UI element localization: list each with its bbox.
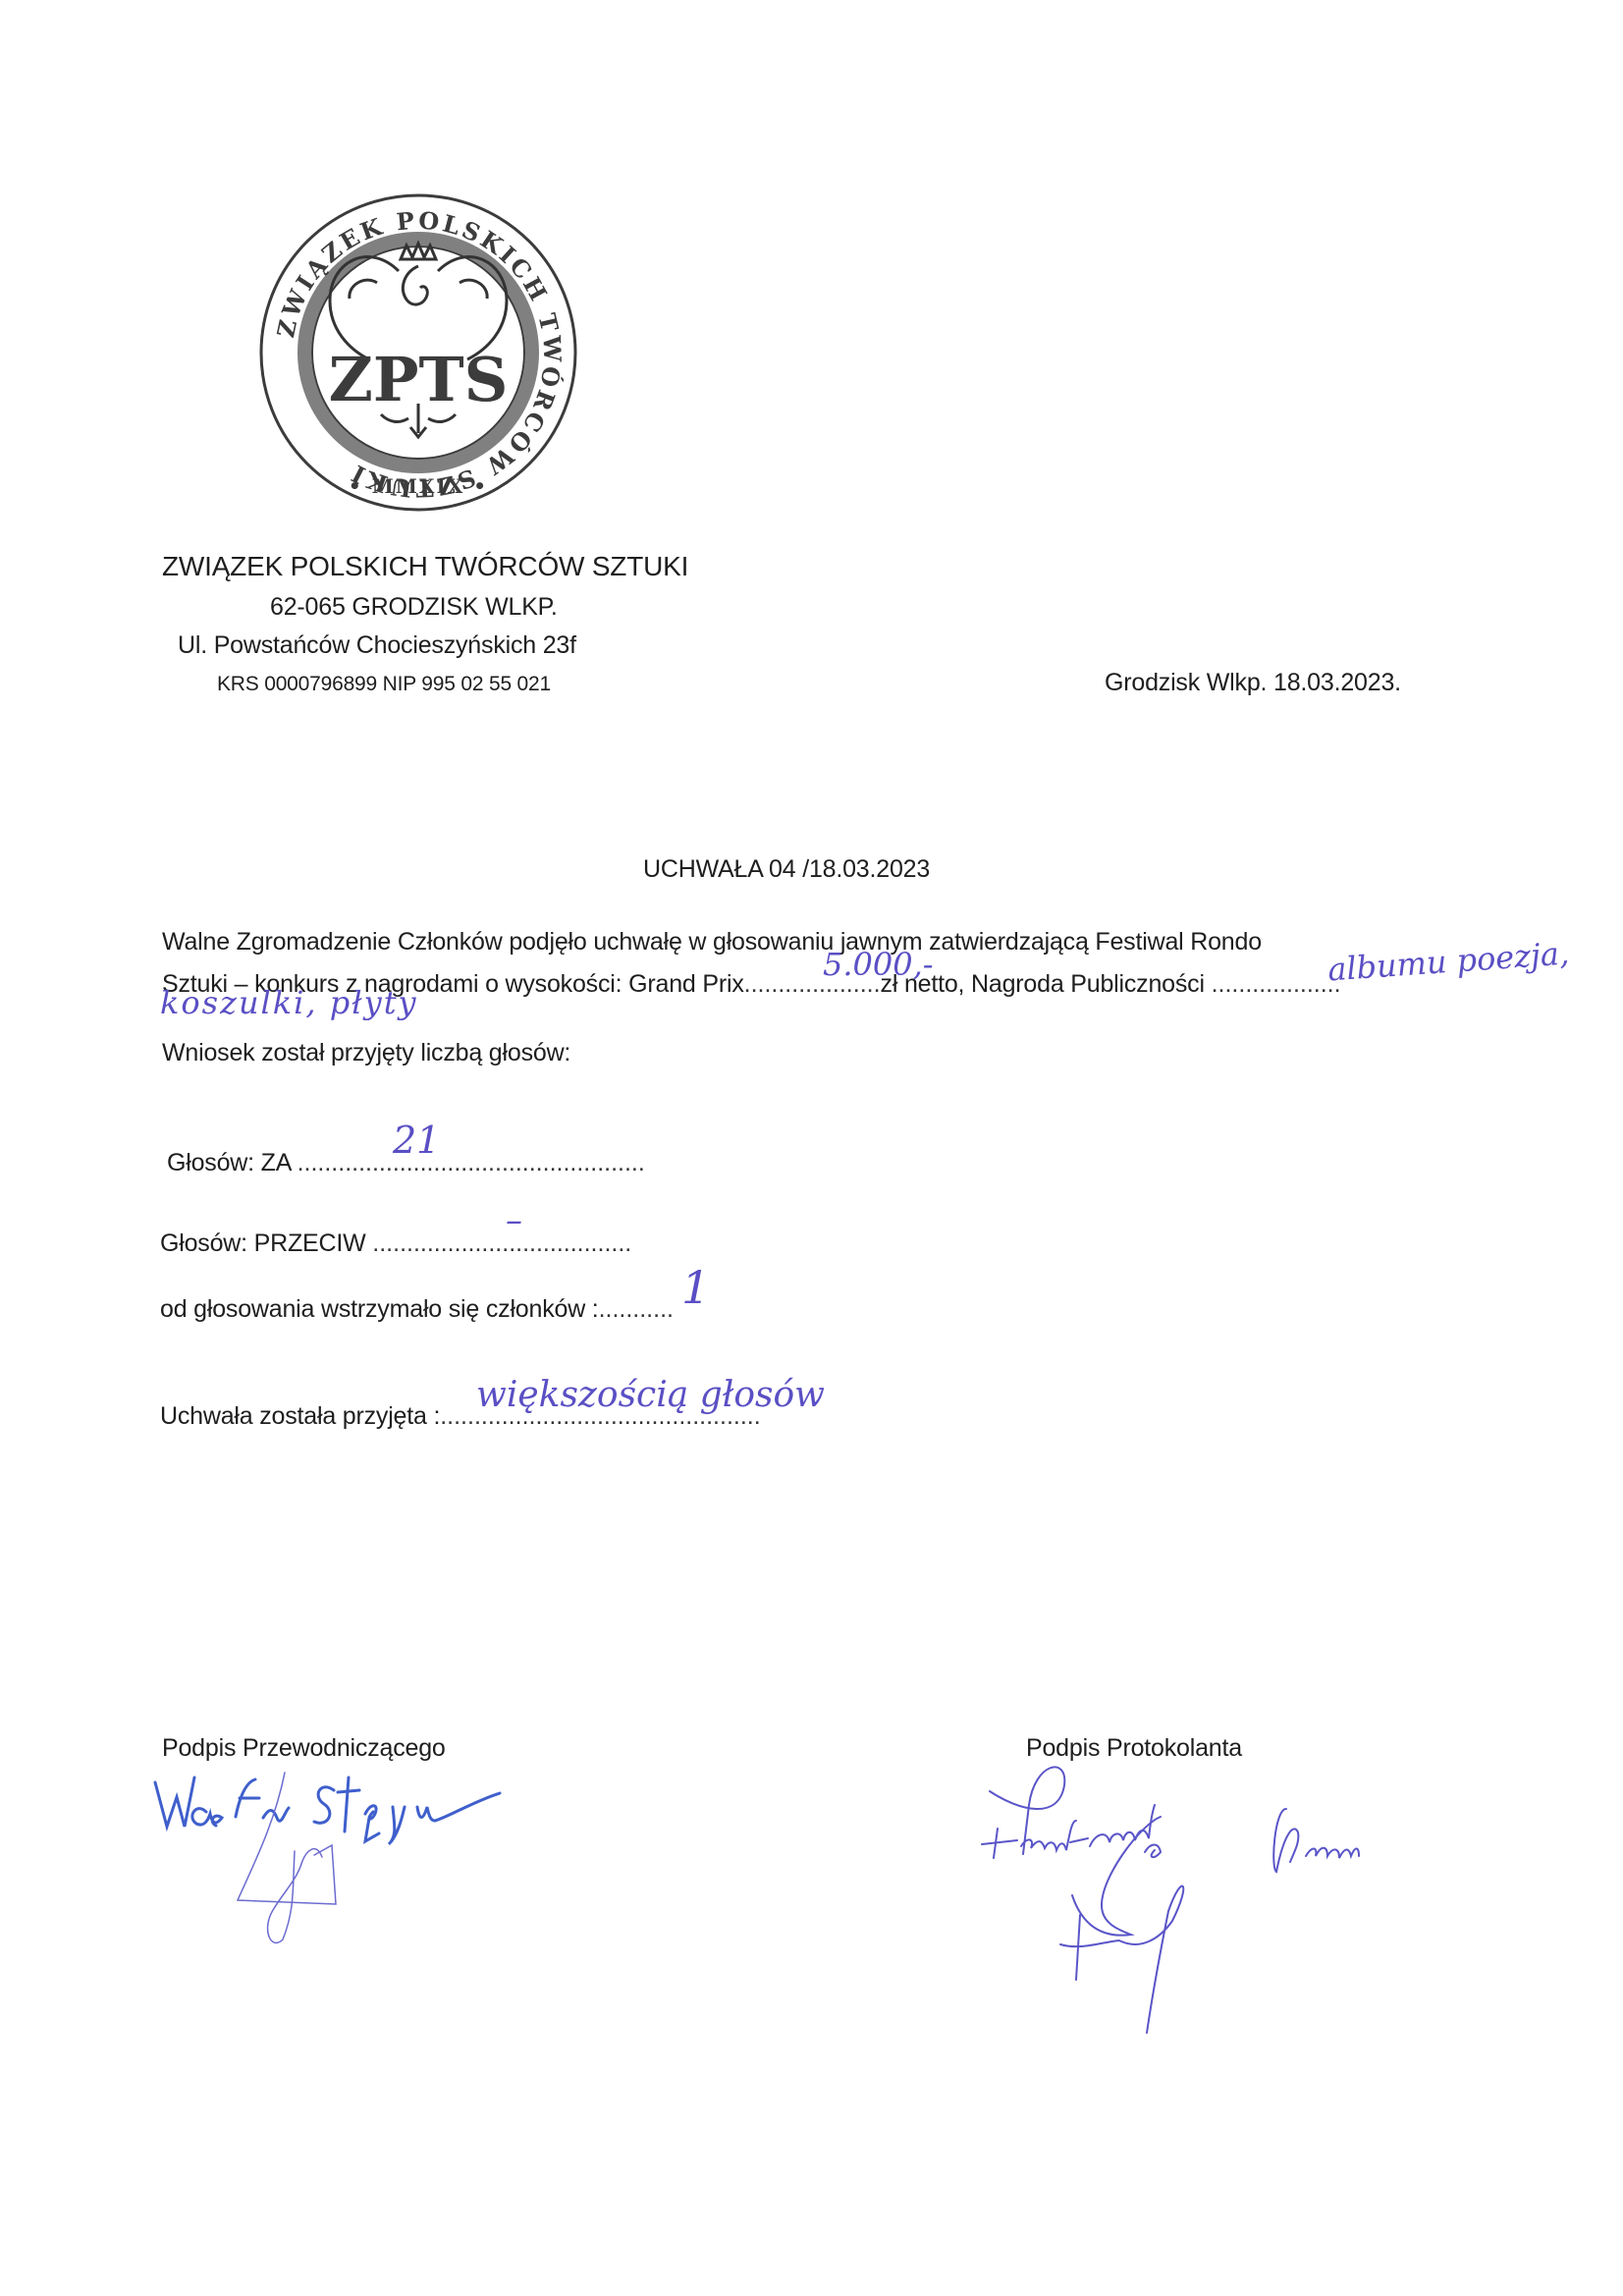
organization-seal: ZWIĄZEK POLSKICH TWÓRCÓW SZTUKI ZPTS • M…	[251, 192, 585, 517]
resolution-adopted-label: Uchwała została przyjęta :	[160, 1402, 440, 1430]
handwritten-grand-prix-amount: 5.000,-	[823, 949, 934, 980]
resolution-body-line-3: Wniosek został przyjęty liczbą głosów:	[162, 1041, 570, 1066]
place-and-date: Grodzisk Wlkp. 18.03.2023.	[1105, 671, 1401, 695]
secretary-signature-scribble-icon	[943, 1748, 1453, 2052]
secretary-signature	[943, 1748, 1453, 2052]
votes-for-label: Głosów: ZA	[167, 1149, 298, 1176]
chair-signature	[137, 1763, 530, 2008]
handwritten-votes-against: –	[506, 1204, 522, 1237]
handwritten-public-prize-part-1: albumu poezja,	[1326, 937, 1570, 985]
organization-postal-address: 62-065 GRODZISK WLKP.	[270, 595, 558, 620]
handwritten-votes-abstain: 1	[681, 1265, 710, 1310]
resolution-title: UCHWAŁA 04 /18.03.2023	[643, 857, 930, 882]
votes-against-field[interactable]: ......................................	[372, 1230, 631, 1257]
votes-against-label: Głosów: PRZECIW	[160, 1230, 372, 1257]
organization-registration-ids: KRS 0000796899 NIP 995 02 55 021	[217, 674, 551, 694]
svg-text:• MMXIX •: • MMXIX •	[349, 474, 488, 498]
chair-signature-scribble-icon	[137, 1763, 530, 2008]
chair-signature-label: Podpis Przewodniczącego	[162, 1736, 446, 1761]
organization-street-address: Ul. Powstańców Chocieszyńskich 23f	[178, 633, 576, 658]
votes-abstain-field[interactable]: ...........	[599, 1295, 674, 1323]
votes-for-field[interactable]: ........................................…	[298, 1149, 645, 1176]
resolution-body-line-1: Walne Zgromadzenie Członków podjęło uchw…	[162, 930, 1262, 955]
votes-abstain-label: od głosowania wstrzymało się członków :	[160, 1295, 599, 1323]
seal-emblem-icon: ZWIĄZEK POLSKICH TWÓRCÓW SZTUKI ZPTS • M…	[251, 192, 585, 517]
public-prize-field[interactable]: ...................	[1212, 970, 1341, 998]
handwritten-public-prize-part-2: koszulki, płyty	[160, 987, 418, 1018]
svg-text:ZPTS: ZPTS	[329, 344, 509, 415]
votes-against-row: Głosów: PRZECIW ........................…	[160, 1231, 631, 1256]
votes-abstain-row: od głosowania wstrzymało się członków :.…	[160, 1297, 674, 1322]
handwritten-adoption-mode: większością głosów	[476, 1378, 825, 1413]
handwritten-votes-for: 21	[393, 1121, 440, 1159]
organization-name: ZWIĄZEK POLSKICH TWÓRCÓW SZTUKI	[162, 553, 688, 580]
